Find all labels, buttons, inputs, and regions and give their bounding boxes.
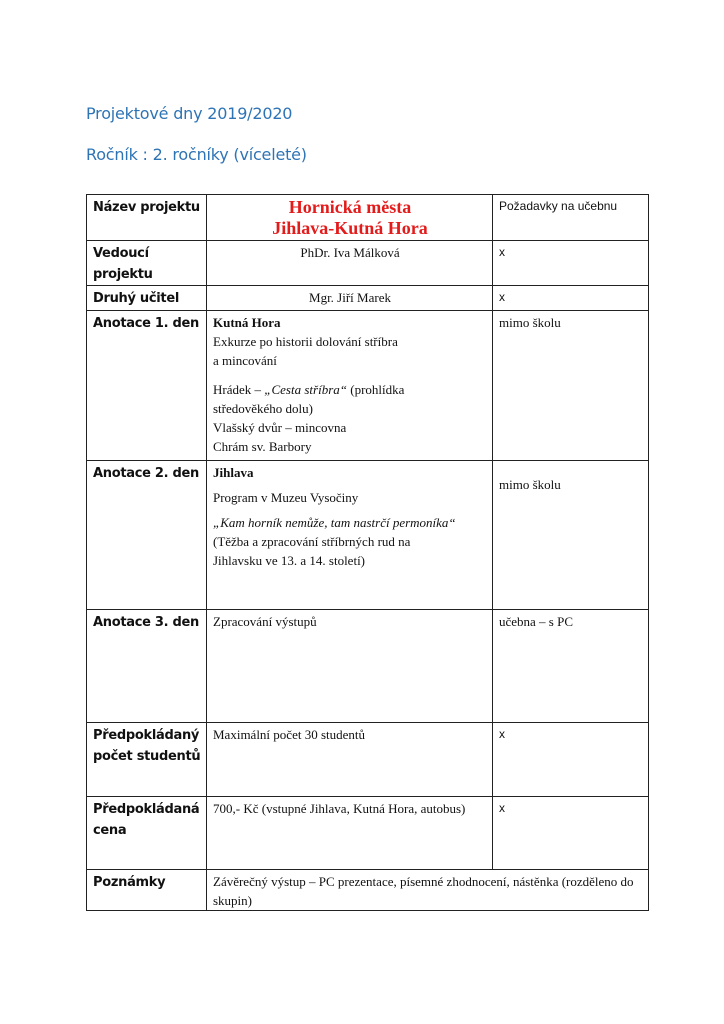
annotation-day1: Kutná Hora Exkurze po historii dolování …: [207, 311, 493, 461]
annotation-day3: Zpracování výstupů: [207, 610, 493, 723]
requirement-value: x: [493, 797, 649, 870]
table-row: Předpokládaný počet studentů Maximální p…: [87, 723, 649, 797]
price-value: 700,- Kč (vstupné Jihlava, Kutná Hora, a…: [207, 797, 493, 870]
annotation-line: (Těžba a zpracování stříbrných rud na: [213, 532, 487, 551]
annotation-day2: Jihlava Program v Muzeu Vysočiny „Kam ho…: [207, 461, 493, 610]
project-title-cell: Hornická města Jihlava-Kutná Hora: [207, 195, 493, 241]
row-label: Předpokládaný počet studentů: [87, 723, 207, 797]
requirement-value: x: [493, 286, 649, 311]
table-row: Předpokládaná cena 700,- Kč (vstupné Jih…: [87, 797, 649, 870]
annotation-line: Program v Muzeu Vysočiny: [213, 488, 487, 507]
annotation-quote: „Kam horník nemůže, tam nastrčí permoník…: [213, 513, 487, 532]
annotation-line: Hrádek – „Cesta stříbra“ (prohlídka: [213, 380, 487, 399]
table-row: Vedoucí projektu PhDr. Iva Málková x: [87, 241, 649, 286]
row-label: Poznámky: [87, 870, 207, 911]
row-label: Anotace 1. den: [87, 311, 207, 461]
requirement-value: x: [493, 241, 649, 286]
table-row: Poznámky Závěrečný výstup – PC prezentac…: [87, 870, 649, 911]
table-row: Anotace 3. den Zpracování výstupů učebna…: [87, 610, 649, 723]
annotation-line: středověkého dolu): [213, 399, 487, 418]
row-label: Druhý učitel: [87, 286, 207, 311]
requirement-value: mimo školu: [493, 461, 649, 610]
students-value: Maximální počet 30 studentů: [207, 723, 493, 797]
project-title-line: Hornická města: [213, 197, 487, 218]
table-row: Druhý učitel Mgr. Jiří Marek x: [87, 286, 649, 311]
leader-value: PhDr. Iva Málková: [207, 241, 493, 286]
annotation-heading: Kutná Hora: [213, 313, 487, 332]
row-label: Předpokládaná cena: [87, 797, 207, 870]
requirement-value: mimo školu: [493, 311, 649, 461]
requirement-value: učebna – s PC: [493, 610, 649, 723]
row-label: Vedoucí projektu: [87, 241, 207, 286]
table-row: Název projektu Hornická města Jihlava-Ku…: [87, 195, 649, 241]
document-subtitle: Ročník : 2. ročníky (víceleté): [86, 145, 307, 164]
row-label: Název projektu: [87, 195, 207, 241]
annotation-line: Vlašský dvůr – mincovna: [213, 418, 487, 437]
second-teacher-value: Mgr. Jiří Marek: [207, 286, 493, 311]
row-label: Anotace 2. den: [87, 461, 207, 610]
document-title: Projektové dny 2019/2020: [86, 104, 292, 123]
annotation-line: Exkurze po historii dolování stříbra: [213, 332, 487, 351]
annotation-heading: Jihlava: [213, 463, 487, 482]
annotation-line: Chrám sv. Barbory: [213, 437, 487, 456]
project-title-line: Jihlava-Kutná Hora: [213, 218, 487, 239]
requirement-value: x: [493, 723, 649, 797]
requirements-header: Požadavky na učebnu: [493, 195, 649, 241]
annotation-line: a mincování: [213, 351, 487, 370]
table-row: Anotace 2. den Jihlava Program v Muzeu V…: [87, 461, 649, 610]
table-row: Anotace 1. den Kutná Hora Exkurze po his…: [87, 311, 649, 461]
annotation-line: Jihlavsku ve 13. a 14. století): [213, 551, 487, 570]
notes-value: Závěrečný výstup – PC prezentace, písemn…: [207, 870, 649, 911]
project-table: Název projektu Hornická města Jihlava-Ku…: [86, 194, 649, 911]
row-label: Anotace 3. den: [87, 610, 207, 723]
